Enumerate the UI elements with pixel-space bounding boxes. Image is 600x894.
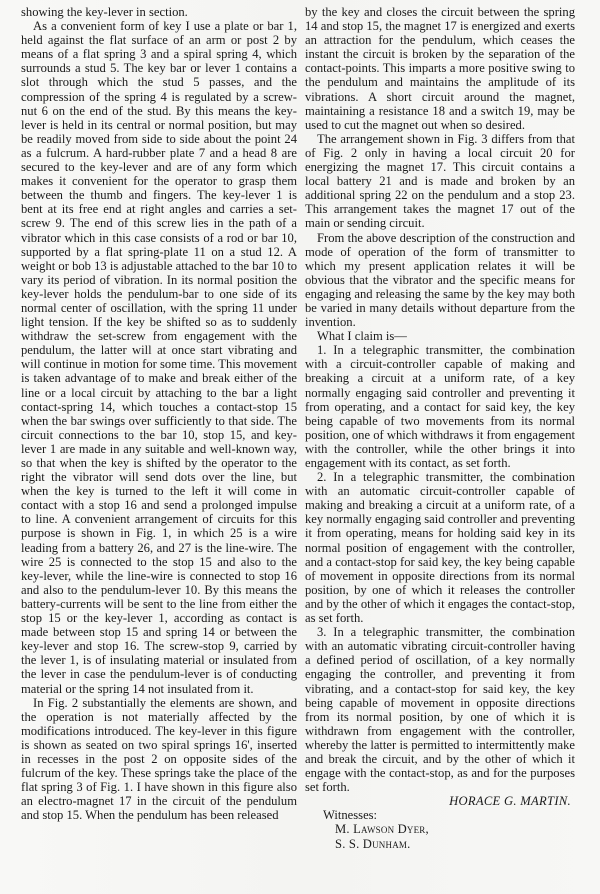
claim-2: 2. In a telegraphic transmitter, the com… — [305, 470, 575, 625]
paragraph-summary: From the above description of the constr… — [305, 231, 575, 330]
inventor-signature: HORACE G. MARTIN. — [305, 794, 575, 808]
paragraph-fig3: The arrangement shown in Fig. 3 differs … — [305, 132, 575, 231]
claim-3: 3. In a telegraphic transmitter, the com… — [305, 625, 575, 794]
paragraph-fig2: In Fig. 2 substantially the elements are… — [21, 696, 297, 823]
left-column: showing the key-lever in section. As a c… — [21, 5, 297, 822]
claim-1: 1. In a telegraphic transmitter, the com… — [305, 343, 575, 470]
right-column: by the key and closes the circuit betwee… — [305, 5, 575, 851]
paragraph-continuation: by the key and closes the circuit betwee… — [305, 5, 575, 132]
witnesses-label: Witnesses: — [305, 808, 575, 822]
witness-name: M. Lawson Dyer, — [305, 822, 575, 836]
paragraph-key-description: As a convenient form of key I use a plat… — [21, 19, 297, 696]
witness-name: S. S. Dunham. — [305, 837, 575, 851]
patent-page: showing the key-lever in section. As a c… — [0, 0, 600, 894]
claims-heading: What I claim is— — [305, 329, 575, 343]
paragraph: showing the key-lever in section. — [21, 5, 297, 19]
